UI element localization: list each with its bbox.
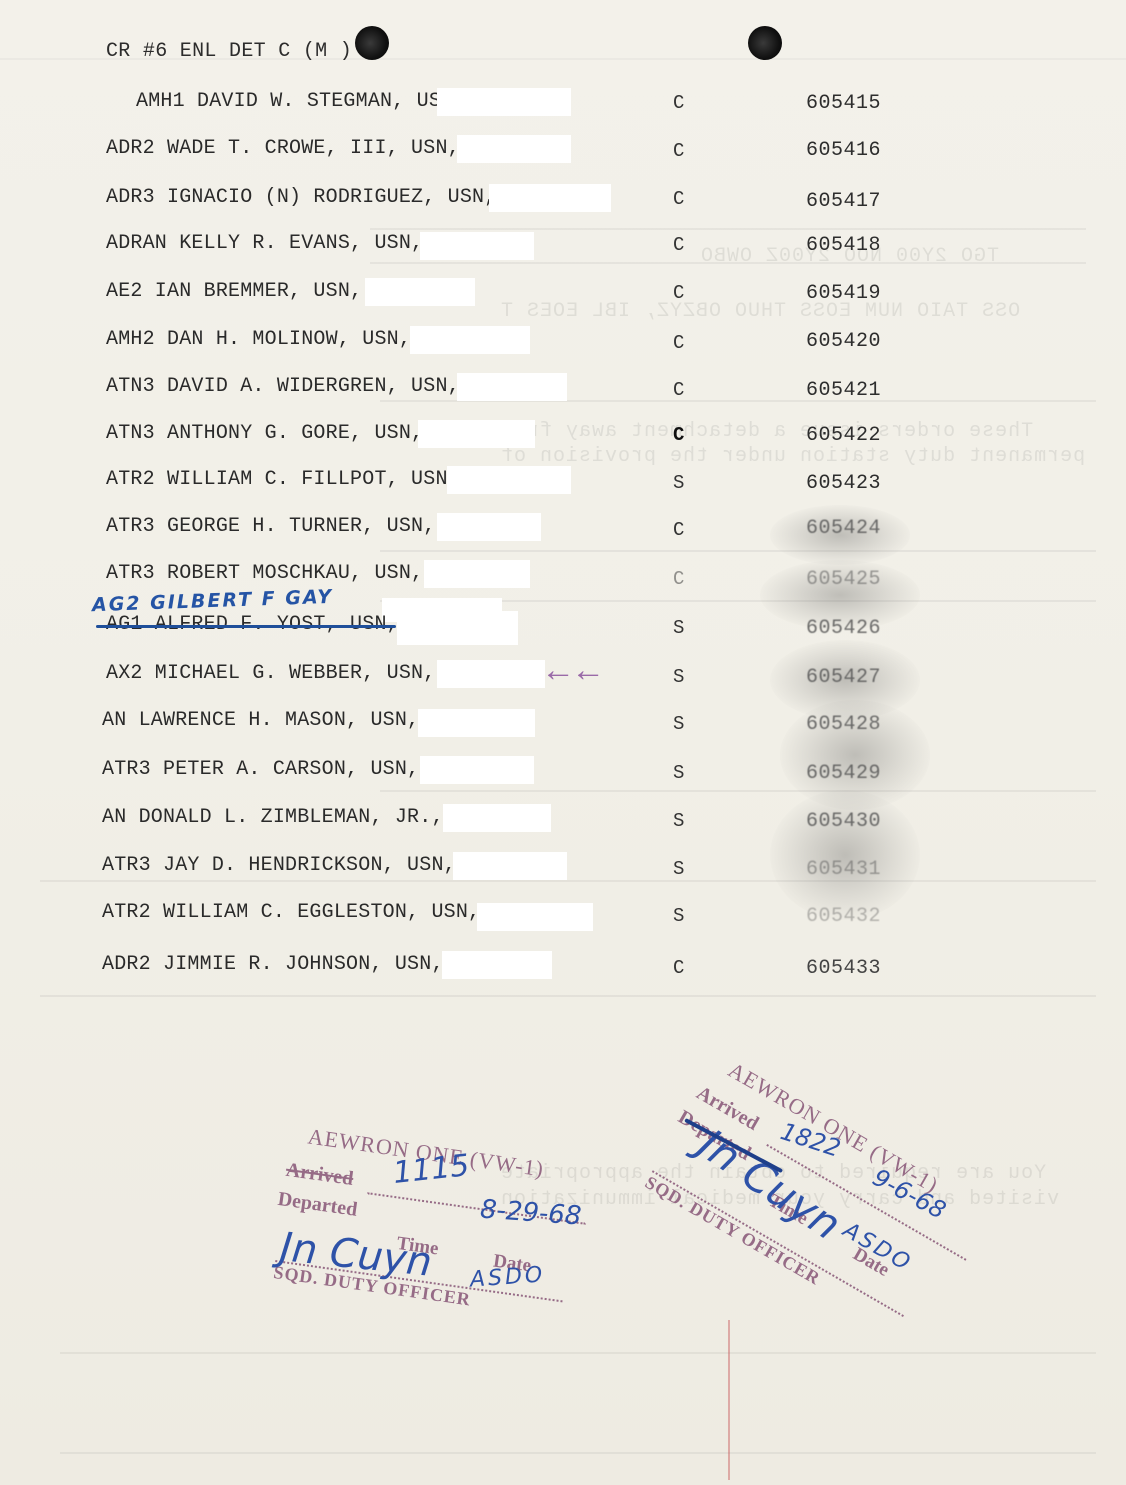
roster-row: AN LAWRENCE H. MASON, USN, S 605428	[0, 709, 1126, 739]
redaction-box	[437, 513, 541, 541]
stamp-arrived-label: Arrived	[284, 1159, 354, 1191]
member-status: S	[673, 713, 684, 735]
arrow-mark-icon: ←	[548, 654, 560, 692]
member-name: ADR3 IGNACIO (N) RODRIGUEZ, USN,	[106, 186, 496, 209]
member-number: 605430	[806, 810, 881, 833]
roster-row: ATR3 GEORGE H. TURNER, USN, C 605424	[0, 515, 1126, 545]
member-status: C	[673, 282, 684, 304]
member-status: C	[673, 568, 684, 590]
member-number: 605432	[806, 905, 881, 928]
member-status: S	[673, 810, 684, 832]
member-status: C	[673, 957, 684, 979]
member-name: ATR2 WILLIAM C. EGGLESTON, USN,	[102, 901, 480, 924]
member-number: 605415	[806, 92, 881, 115]
roster-row: AN DONALD L. ZIMBLEMAN, JR., S 605430	[0, 806, 1126, 836]
member-number: 605431	[806, 858, 881, 881]
roster-row: ATR3 PETER A. CARSON, USN, S 605429	[0, 758, 1126, 788]
bleed-through-line	[380, 790, 1096, 792]
roster-row: AMH2 DAN H. MOLINOW, USN, C 605420	[0, 328, 1126, 358]
member-number: 605416	[806, 139, 881, 162]
redaction-box	[418, 420, 535, 448]
member-name: ATR3 ROBERT MOSCHKAU, USN,	[106, 562, 423, 585]
member-number: 605419	[806, 282, 881, 305]
roster-row: ATR2 WILLIAM C. EGGLESTON, USN, S 605432	[0, 901, 1126, 931]
margin-line	[728, 1320, 730, 1480]
roster-row-struck: AG1 ALFRED F. YOST, USN, S 605426	[0, 613, 1126, 643]
member-status: C	[673, 140, 684, 162]
member-name: ATN3 DAVID A. WIDERGREN, USN,	[106, 375, 460, 398]
roster-row: ADR3 IGNACIO (N) RODRIGUEZ, USN, C 60541…	[0, 186, 1126, 216]
member-number: 605429	[806, 762, 881, 785]
stamp-departed-label: Departed	[276, 1188, 358, 1222]
member-number: 605427	[806, 666, 881, 689]
redaction-box	[447, 466, 571, 494]
member-status: S	[673, 858, 684, 880]
roster-row: ATN3 DAVID A. WIDERGREN, USN, C 605421	[0, 375, 1126, 405]
member-name: AE2 IAN BREMMER, USN,	[106, 280, 362, 303]
redaction-box	[420, 756, 534, 784]
member-number: 605425	[806, 568, 881, 591]
bleed-through-line	[370, 228, 1086, 230]
member-status: C	[673, 92, 684, 114]
roster-row: ADR2 WADE T. CROWE, III, USN, C 605416	[0, 137, 1126, 167]
member-name: ATR3 PETER A. CARSON, USN,	[102, 758, 419, 781]
roster-row: ATR3 JAY D. HENDRICKSON, USN, S 605431	[0, 854, 1126, 884]
member-status: C	[673, 519, 684, 541]
member-number: 605418	[806, 234, 881, 257]
arrow-mark-icon: ←	[578, 654, 590, 692]
member-name: AX2 MICHAEL G. WEBBER, USN,	[106, 662, 435, 685]
roster-row: ATR2 WILLIAM C. FILLPOT, USN, S 605423	[0, 468, 1126, 498]
roster-row: ADRAN KELLY R. EVANS, USN, C 605418	[0, 232, 1126, 262]
roster-row: ADR2 JIMMIE R. JOHNSON, USN, C 605433	[0, 953, 1126, 983]
redaction-box	[424, 560, 530, 588]
member-name: AMH1 DAVID W. STEGMAN, USN,	[136, 90, 465, 113]
redaction-box	[443, 804, 551, 832]
punch-hole	[355, 26, 389, 60]
member-number: 605417	[806, 190, 881, 213]
member-status: S	[673, 617, 684, 639]
redaction-box	[418, 709, 535, 737]
roster-row: AX2 MICHAEL G. WEBBER, USN, ← ← S 605427	[0, 662, 1126, 692]
member-status: S	[673, 762, 684, 784]
redaction-box	[477, 903, 593, 931]
roster-row: ATN3 ANTHONY G. GORE, USN, C 605422	[0, 422, 1126, 452]
strikethrough-line	[96, 625, 396, 628]
member-status: S	[673, 472, 684, 494]
member-name: ADRAN KELLY R. EVANS, USN,	[106, 232, 423, 255]
redaction-box	[410, 326, 530, 354]
roster-row: ATR3 ROBERT MOSCHKAU, USN, C 605425	[0, 562, 1126, 592]
redaction-box	[437, 88, 571, 116]
bleed-through-line	[60, 1452, 1096, 1454]
member-number: 605428	[806, 713, 881, 736]
handwritten-signature-title: ASDO	[469, 1262, 546, 1292]
roster-heading: CR #6 ENL DET C (M )	[106, 40, 352, 63]
member-number: 605423	[806, 472, 881, 495]
member-name: AN LAWRENCE H. MASON, USN,	[102, 709, 419, 732]
member-status: S	[673, 666, 684, 688]
member-number: 605421	[806, 379, 881, 402]
redaction-box	[420, 232, 534, 260]
member-number: 605422	[806, 424, 881, 447]
member-name: ADR2 JIMMIE R. JOHNSON, USN,	[102, 953, 444, 976]
member-name: AN DONALD L. ZIMBLEMAN, JR.,	[102, 806, 444, 829]
redaction-box	[437, 660, 545, 688]
redaction-box	[442, 951, 552, 979]
member-status: C	[673, 332, 684, 354]
redaction-box	[365, 278, 475, 306]
member-status: S	[673, 905, 684, 927]
member-status: C	[673, 188, 684, 210]
member-name: ATR3 GEORGE H. TURNER, USN,	[106, 515, 435, 538]
member-status: C	[673, 424, 684, 446]
document-page: TGO 2Y00 NOO 2Y00Z OWBO OSS TAIO NUM EOS…	[0, 0, 1126, 1485]
redaction-box	[397, 611, 518, 645]
member-name: ATR3 JAY D. HENDRICKSON, USN,	[102, 854, 456, 877]
member-name: AMH2 DAN H. MOLINOW, USN,	[106, 328, 411, 351]
member-number: 605420	[806, 330, 881, 353]
member-status: C	[673, 379, 684, 401]
member-status: C	[673, 234, 684, 256]
roster-row: AMH1 DAVID W. STEGMAN, USN, C 605415	[0, 90, 1126, 120]
bleed-through-line	[380, 550, 1096, 552]
redaction-box	[457, 135, 571, 163]
punch-hole	[748, 26, 782, 60]
member-number: 605426	[806, 617, 881, 640]
redaction-box	[489, 184, 611, 212]
member-number: 605424	[806, 517, 881, 540]
member-name: ADR2 WADE T. CROWE, III, USN,	[106, 137, 460, 160]
redaction-box	[457, 373, 567, 401]
member-name: ATR2 WILLIAM C. FILLPOT, USN,	[106, 468, 460, 491]
bleed-through-line	[40, 995, 1096, 997]
roster-row: AE2 IAN BREMMER, USN, C 605419	[0, 280, 1126, 310]
member-name: ATN3 ANTHONY G. GORE, USN,	[106, 422, 423, 445]
redaction-box	[453, 852, 567, 880]
member-number: 605433	[806, 957, 881, 980]
